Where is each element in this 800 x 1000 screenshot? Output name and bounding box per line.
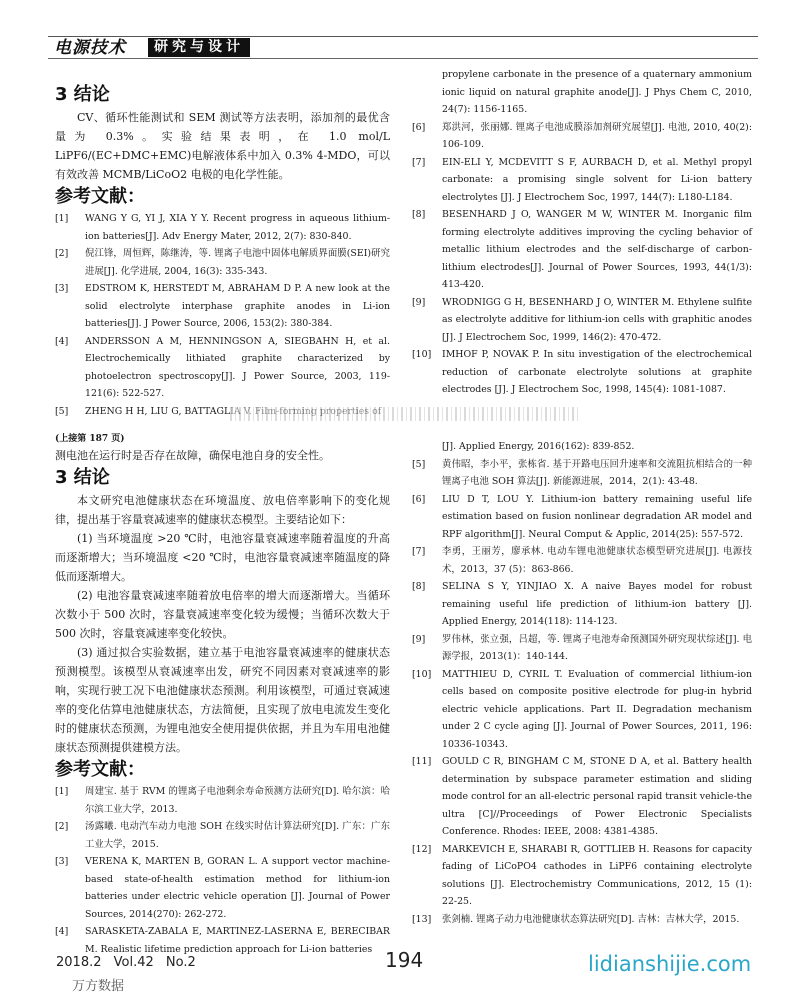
reference-item: [6]郑洪河，张丽娜. 锂离子电池成膜添加剂研究展望[J]. 电池, 2010,…: [412, 119, 752, 154]
upper-right-column: propylene carbonate in the presence of a…: [412, 66, 752, 399]
reference-item: [1]WANG Y G, YI J, XIA Y Y. Recent progr…: [55, 210, 390, 245]
lower-right-column: [J]. Applied Energy, 2016(162): 839-852.…: [412, 438, 752, 928]
reference-continued: propylene carbonate in the presence of a…: [412, 66, 752, 119]
page-number: 194: [385, 948, 423, 972]
reference-item: [2]汤露曦. 电动汽车动力电池 SOH 在线实时估计算法研究[D]. 广东：广…: [55, 818, 390, 853]
header-rule-top: [48, 36, 758, 37]
article-divider: [230, 407, 580, 421]
reference-item: [13]张剑楠. 锂离子动力电池健康状态算法研究[D]. 吉林：吉林大学，201…: [412, 911, 752, 929]
lead-paragraph: 测电池在运行时是否存在故障，确保电池自身的安全性。: [55, 446, 390, 465]
reference-item: [8]SELINA S Y, YINJIAO X. A naive Bayes …: [412, 578, 752, 631]
conclusion-paragraph: 本文研究电池健康状态在环境温度、放电倍率影响下的变化规律，提出基于容量衰减速率的…: [55, 491, 390, 529]
reference-item: [4]ANDERSSON A M, HENNINGSON A, SIEGBAHN…: [55, 333, 390, 403]
conclusion-point-1: (1) 当环境温度 >20 ℃时，电池容量衰减速率随着温度的升高而逐渐增大；当环…: [55, 529, 390, 586]
reference-item: [10]IMHOF P, NOVAK P. In situ investigat…: [412, 346, 752, 399]
reference-item: [6]LIU D T, LOU Y. Lithium-ion battery r…: [412, 491, 752, 544]
conclusion-point-2: (2) 电池容量衰减速率随着放电倍率的增大而逐渐增大。当循环次数小于 500 次…: [55, 586, 390, 643]
reference-item: [5]黄伟昭，李小平，张栋省. 基于开路电压回升速率和交流阻抗相结合的一种锂离子…: [412, 456, 752, 491]
header-rule-bottom: [48, 58, 758, 59]
references-heading: 参考文献：: [55, 184, 390, 210]
upper-left-column: 3 结论 CV、循环性能测试和 SEM 测试等方法表明，添加剂的最优含量为 0.…: [55, 82, 390, 420]
journal-header: 电源技术 研究与设计: [48, 36, 758, 60]
conclusion-heading: 3 结论: [55, 82, 390, 108]
reference-item: [2]倪江锋，周恒辉，陈继涛，等. 锂离子电池中固体电解质界面膜(SEI)研究进…: [55, 245, 390, 280]
reference-item: [3]VERENA K, MARTEN B, GORAN L. A suppor…: [55, 853, 390, 923]
conclusion-paragraph: CV、循环性能测试和 SEM 测试等方法表明，添加剂的最优含量为 0.3%。实验…: [55, 108, 390, 184]
reference-item: [1]周建宝. 基于 RVM 的锂离子电池剩余寿命预测方法研究[D]. 哈尔滨：…: [55, 783, 390, 818]
site-link[interactable]: lidianshijie.com: [588, 952, 751, 976]
issue-info: 2018.2 Vol.42 No.2: [56, 955, 196, 970]
reference-item: [7]EIN-ELI Y, MCDEVITT S F, AURBACH D, e…: [412, 154, 752, 207]
reference-item: [12]MARKEVICH E, SHARABI R, GOTTLIEB H. …: [412, 841, 752, 911]
reference-item: [10]MATTHIEU D, CYRIL T. Evaluation of c…: [412, 666, 752, 754]
references-heading: 参考文献：: [55, 757, 390, 783]
reference-item: [11]GOULD C R, BINGHAM C M, STONE D A, e…: [412, 753, 752, 841]
reference-continued: [J]. Applied Energy, 2016(162): 839-852.: [412, 438, 752, 456]
continued-from-note: (上接第 187 页): [55, 432, 390, 446]
watermark: 万方数据: [72, 975, 124, 994]
conclusion-point-3: (3) 通过拟合实验数据，建立基于电池容量衰减速率的健康状态预测模型。该模型从衰…: [55, 643, 390, 757]
conclusion-heading: 3 结论: [55, 465, 390, 491]
reference-item: [9]罗伟林，张立强，吕超，等. 锂离子电池寿命预测国外研究现状综述[J]. 电…: [412, 631, 752, 666]
reference-item: [8]BESENHARD J O, WANGER M W, WINTER M. …: [412, 206, 752, 294]
reference-item: [4]SARASKETA-ZABALA E, MARTINEZ-LASERNA …: [55, 923, 390, 958]
section-tag: 研究与设计: [148, 38, 250, 57]
journal-title: 电源技术: [54, 38, 126, 58]
lower-left-column: (上接第 187 页) 测电池在运行时是否存在故障，确保电池自身的安全性。 3 …: [55, 432, 390, 958]
reference-item: [3]EDSTROM K, HERSTEDT M, ABRAHAM D P. A…: [55, 280, 390, 333]
reference-item: [9]WRODNIGG G H, BESENHARD J O, WINTER M…: [412, 294, 752, 347]
reference-item: [7]李勇，王丽芳，廖承林. 电动车锂电池健康状态模型研究进展[J]. 电源技术…: [412, 543, 752, 578]
